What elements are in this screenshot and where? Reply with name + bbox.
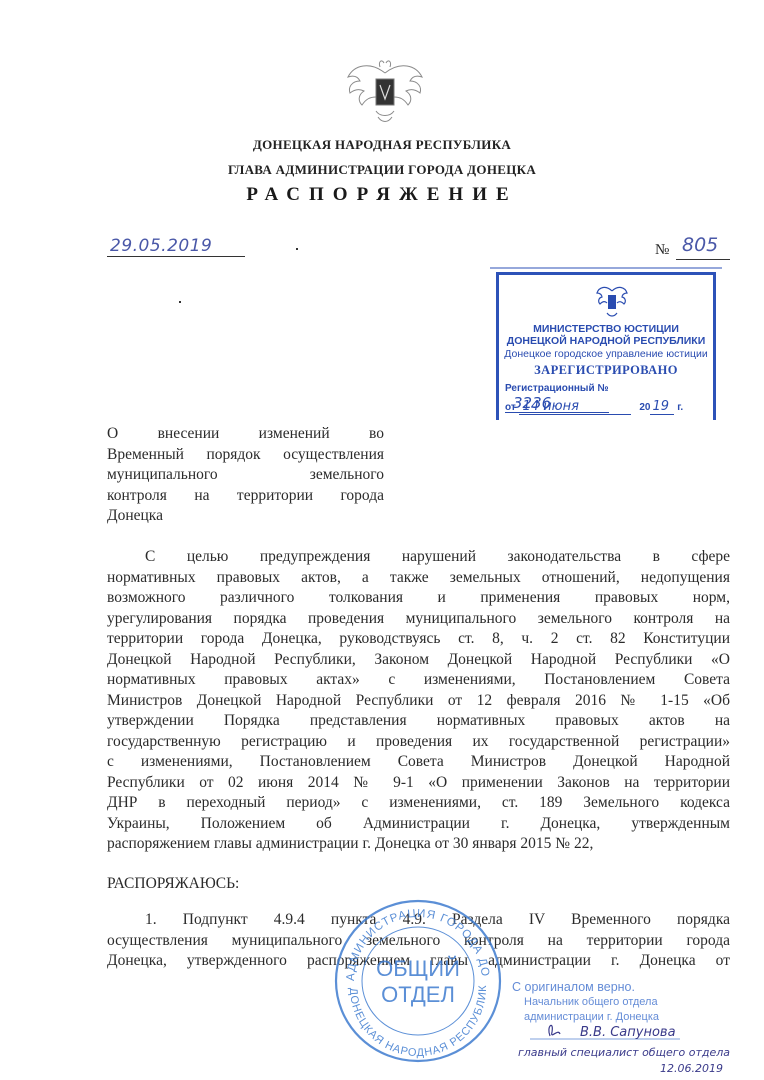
handwritten-date: 12.06.2019 <box>660 1062 723 1075</box>
text-line: Республики от 02 июня 2014 № 9-1 «О прим… <box>107 773 730 794</box>
header-authority-name: ГЛАВА АДМИНИСТРАЦИИ ГОРОДА ДОНЕЦКА <box>0 162 764 178</box>
stamp-top-rule <box>490 267 722 269</box>
stamp-status: ЗАРЕГИСТРИРОВАНО <box>499 363 713 378</box>
text-line: государственную регистрацию и проведения… <box>107 732 730 753</box>
stamp-ministry: МИНИСТЕРСТВО ЮСТИЦИИ <box>499 323 713 335</box>
text-line: утверждении Порядка представления нормат… <box>107 711 730 732</box>
text-line: С целью предупреждения нарушений законод… <box>107 547 730 568</box>
header-republic-name: ДОНЕЦКАЯ НАРОДНАЯ РЕСПУБЛИКА <box>0 137 764 153</box>
date-underline <box>107 256 245 257</box>
document-type-title: РАСПОРЯЖЕНИЕ <box>0 184 764 206</box>
number-underline <box>676 259 730 260</box>
handwritten-signature: В.В. Сапунова главный специалист общего … <box>510 1022 740 1080</box>
copy-stamp-line1: С оригиналом верно. <box>512 980 659 995</box>
stamp-department: Донецкое городское управление юстиции <box>499 348 713 360</box>
reg-date-value: 14 июня <box>519 399 631 415</box>
text-line: нормативных правовых актов, а также земе… <box>107 568 730 589</box>
text-line: урегулирования порядка проведения муници… <box>107 609 730 630</box>
ordering-word: РАСПОРЯЖАЮСЬ: <box>107 875 239 893</box>
subject-line: Временный порядок осуществления <box>107 445 384 466</box>
reg-year-prefix: 20 <box>639 402 650 413</box>
reg-year-suffix: г. <box>677 402 683 413</box>
subject-line: О внесении изменений во <box>107 424 384 445</box>
text-line: с изменениями, Постановлением Совета Мин… <box>107 752 730 773</box>
dpr-coat-of-arms-icon <box>595 283 629 321</box>
text-line: Донецкой Народной Республики, Законом До… <box>107 650 730 671</box>
round-seal-stamp: АДМИНИСТРАЦИЯ ГОРОДА ДОНЕЦК ДОНЕЦКАЯ НАР… <box>332 896 504 1066</box>
stamp-reg-date-row: от 14 июня 2019 г. <box>505 399 683 415</box>
preamble-paragraph: С целью предупреждения нарушений законод… <box>107 547 730 855</box>
document-number: 805 <box>682 234 718 256</box>
document-date: 29.05.2019 <box>110 236 212 256</box>
handwritten-position: главный специалист общего отдела <box>518 1046 730 1059</box>
speck <box>179 301 181 303</box>
text-line: Украины, Положением об Администрации г. … <box>107 814 730 835</box>
text-line: ДНР в переходный период» с изменениями, … <box>107 793 730 814</box>
certified-copy-stamp: С оригиналом верно. Начальник общего отд… <box>524 980 659 1025</box>
subject-line: Донецка <box>107 506 384 527</box>
text-line: нормативных правовых актах» с изменениям… <box>107 670 730 691</box>
subject-line: муниципального земельного <box>107 465 384 486</box>
text-line: распоряжением главы администрации г. Дон… <box>107 834 730 855</box>
reg-date-prefix: от <box>505 402 516 413</box>
dpr-coat-of-arms-icon <box>340 55 430 127</box>
reg-number-label: Регистрационный № <box>505 383 609 394</box>
seal-center-line2: ОТДЕЛ <box>381 982 455 1007</box>
text-line: территории города Донецка, руководствуяс… <box>107 629 730 650</box>
registration-stamp: МИНИСТЕРСТВО ЮСТИЦИИ ДОНЕЦКОЙ НАРОДНОЙ Р… <box>496 272 716 420</box>
seal-center-line1: ОБЩИЙ <box>376 956 460 981</box>
signature-name: В.В. Сапунова <box>580 1025 676 1040</box>
text-line: возможного различного толкования и приме… <box>107 588 730 609</box>
document-subject: О внесении изменений во Временный порядо… <box>107 424 384 527</box>
stamp-republic: ДОНЕЦКОЙ НАРОДНОЙ РЕСПУБЛИКИ <box>499 335 713 347</box>
copy-stamp-line2: Начальник общего отдела <box>524 995 659 1010</box>
number-sign: № <box>655 242 669 259</box>
speck <box>296 248 298 250</box>
subject-line: контроля на территории города <box>107 486 384 507</box>
text-line: Министров Донецкой Народной Республики о… <box>107 691 730 712</box>
reg-year-value: 19 <box>650 399 674 415</box>
